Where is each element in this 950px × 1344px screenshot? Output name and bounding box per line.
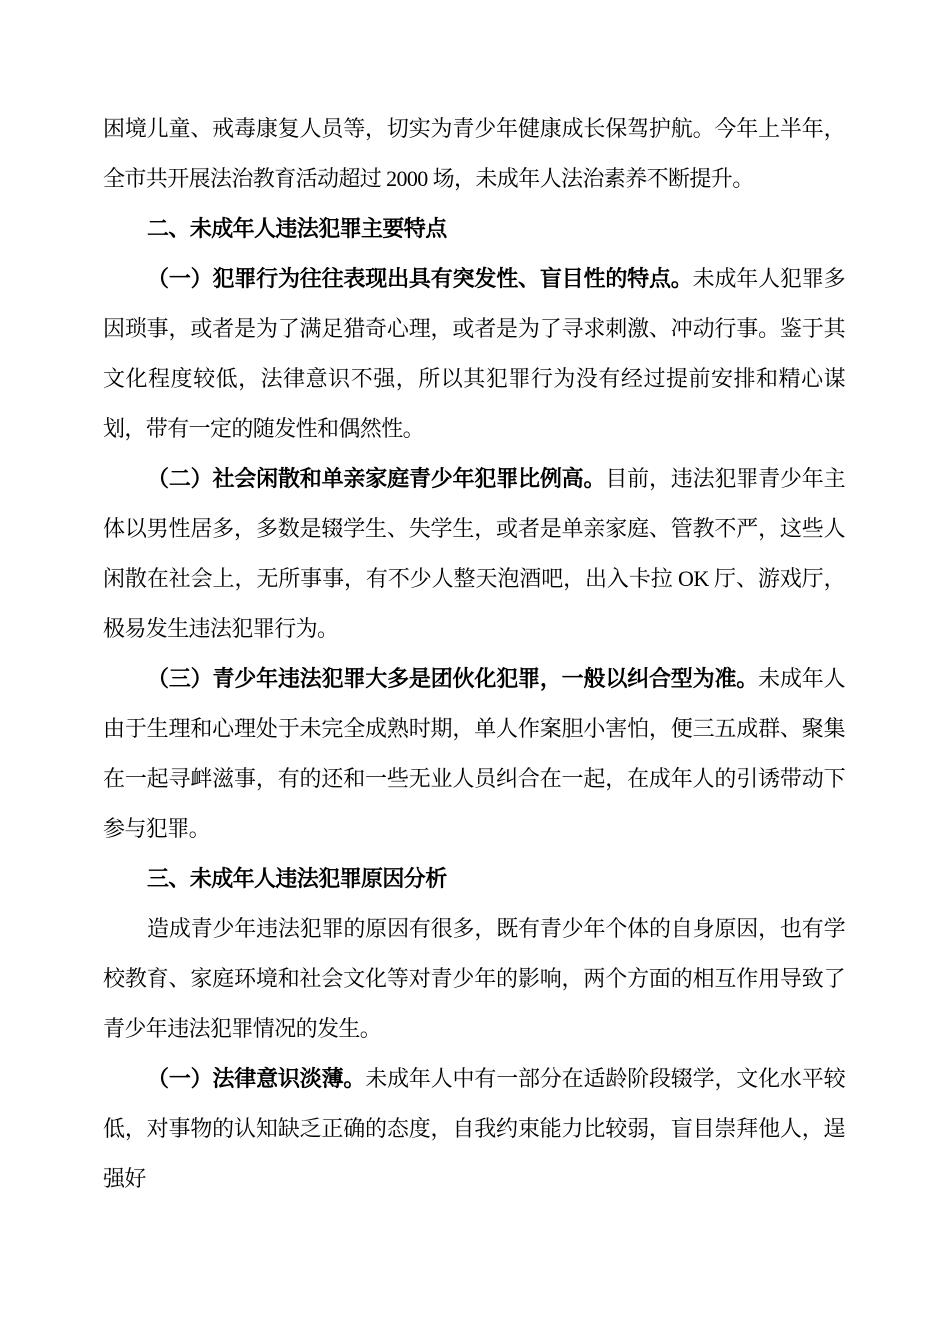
document-page: 困境儿童、戒毒康复人员等，切实为青少年健康成长保驾护航。今年上半年，全市共开展法… — [0, 0, 950, 1344]
section-heading-2: 二、未成年人违法犯罪主要特点 — [103, 204, 845, 254]
paragraph-feature-2: （二）社会闲散和单亲家庭青少年犯罪比例高。目前，违法犯罪青少年主体以男性居多，多… — [103, 454, 845, 654]
paragraph-text: 造成青少年违法犯罪的原因有很多，既有青少年个体的自身原因，也有学校教育、家庭环境… — [103, 916, 845, 1041]
section-heading-text: 二、未成年人违法犯罪主要特点 — [147, 216, 447, 241]
paragraph-lead-bold: （三）青少年违法犯罪大多是团伙化犯罪，一般以纠合型为准。 — [147, 666, 758, 691]
paragraph-cause-1: （一）法律意识淡薄。未成年人中有一部分在适龄阶段辍学，文化水平较低，对事物的认知… — [103, 1054, 845, 1204]
paragraph-lead-bold: （一）犯罪行为往往表现出具有突发性、盲目性的特点。 — [147, 266, 693, 291]
paragraph-lead-bold: （二）社会闲散和单亲家庭青少年犯罪比例高。 — [147, 466, 605, 491]
paragraph-feature-1: （一）犯罪行为往往表现出具有突发性、盲目性的特点。未成年人犯罪多因琐事，或者是为… — [103, 254, 845, 454]
document-body: 困境儿童、戒毒康复人员等，切实为青少年健康成长保驾护航。今年上半年，全市共开展法… — [103, 104, 845, 1204]
section-heading-text: 三、未成年人违法犯罪原因分析 — [147, 866, 447, 891]
paragraph-feature-3: （三）青少年违法犯罪大多是团伙化犯罪，一般以纠合型为准。未成年人由于生理和心理处… — [103, 654, 845, 854]
paragraph-text: 未成年人犯罪多因琐事，或者是为了满足猎奇心理，或者是为了寻求刺激、冲动行事。鉴于… — [103, 266, 845, 441]
paragraph-lead-bold: （一）法律意识淡薄。 — [147, 1066, 365, 1091]
section-heading-3: 三、未成年人违法犯罪原因分析 — [103, 854, 845, 904]
paragraph-continued-from-previous-page: 困境儿童、戒毒康复人员等，切实为青少年健康成长保驾护航。今年上半年，全市共开展法… — [103, 104, 845, 204]
paragraph-cause-intro: 造成青少年违法犯罪的原因有很多，既有青少年个体的自身原因，也有学校教育、家庭环境… — [103, 904, 845, 1054]
paragraph-text: 困境儿童、戒毒康复人员等，切实为青少年健康成长保驾护航。今年上半年，全市共开展法… — [103, 116, 845, 191]
paragraph-text: 未成年人由于生理和心理处于未完全成熟时期，单人作案胆小害怕，便三五成群、聚集在一… — [103, 666, 845, 841]
paragraph-text: 目前，违法犯罪青少年主体以男性居多，多数是辍学生、失学生，或者是单亲家庭、管教不… — [103, 466, 845, 641]
